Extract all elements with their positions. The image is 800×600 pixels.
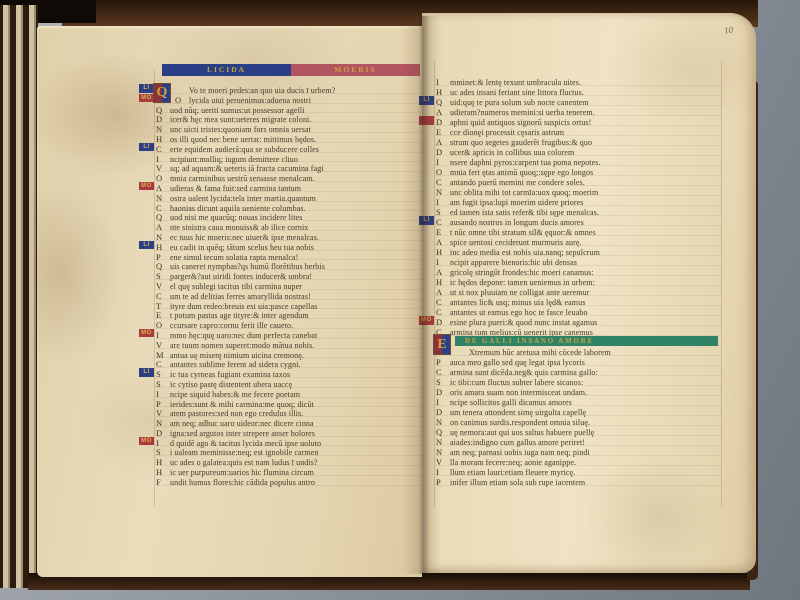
- verse-line: Naiades:indigno cum gallus amore periret…: [436, 436, 722, 446]
- verse-line: LIHeu cadit in quēq; tātum scelus heu tu…: [156, 241, 424, 251]
- verse-line: Illum etiam lauri:etiam fleuere myricę.: [436, 466, 722, 476]
- verse-line: Pene simul tecum solatia rapta menalca!: [156, 251, 424, 261]
- speaker-initial-li: LI: [139, 143, 154, 152]
- verse-line: Nunc oblita mihi tot carmīa:uox quoq; mo…: [436, 186, 722, 196]
- right-page: 10 E Imminet:& lentę texunt umbracula ui…: [422, 13, 756, 573]
- verse-line: Sic cytiso pastę distentent ubera uaccę: [156, 378, 424, 388]
- speaker-initial-mo: MO: [139, 329, 154, 338]
- verse-line: Cantantes lic& usq; minus uia lęd& eamus: [436, 296, 722, 306]
- verse-capital: P: [436, 477, 450, 487]
- verse-line: MOId quidē ago & tacitus lycida mecū ips…: [156, 437, 424, 447]
- verse-line: Ducer& apricis in collibus uua colorem: [436, 146, 722, 156]
- verse-line: Occursare capro:cornu ferit ille caueto.: [156, 319, 424, 329]
- verse-line: Quod nisi me quacūq; nouas incidere lite…: [156, 211, 424, 221]
- verse-line: Audieram?numeros memini:si uerba tenerem…: [436, 106, 722, 116]
- ruling-line: [154, 70, 155, 506]
- verse-line: Quis caneret nymphas?qs humū florētibus …: [156, 260, 424, 270]
- verse-line: Hinc adeo media est nobis uia.nanq; sepu…: [436, 246, 722, 256]
- verse-line: Carmina sunt dicēda.neg& quis carmina ga…: [436, 366, 722, 376]
- verse-line: MOImmo hęc:quę uaro:nec dum perfecta can…: [156, 329, 424, 339]
- speaker-initial-rd: [419, 116, 434, 125]
- verse-line: Sic tibi:cum fluctus subter labere sican…: [436, 376, 722, 386]
- speaker-header-band: LICIDA MOERIS: [162, 64, 420, 76]
- verse-line: Nostra ualent lycida:tela inter martia.q…: [156, 192, 424, 202]
- speaker-initial-li: LI: [139, 84, 154, 93]
- verse-line: Huc ades insani feriant sine littora flu…: [436, 86, 722, 96]
- verse-line: Nunc uicti tristes:quoniam fors omnia ue…: [156, 123, 424, 133]
- folio-number: 10: [724, 25, 734, 36]
- verse-line: Mantua uę miserę nimium uicina cremonę.: [156, 349, 424, 359]
- section-title-row: DE GALLI INSANO AMORE: [436, 336, 722, 346]
- verse-capital: F: [156, 478, 170, 488]
- verse-line: Iam fugit ipsa:lupi moerim uidere priore…: [436, 196, 722, 206]
- speaker-initial-mo: MO: [139, 182, 154, 191]
- verse-line: Si ualeam meminisse:neq; est ignobile ca…: [156, 446, 424, 456]
- verse-text: inifer illum etiam sola sub rupe iacente…: [450, 478, 585, 487]
- verse-line: Insere daphni pyros:carpent tua poma nep…: [436, 156, 722, 166]
- verse-line: Cantando puerū memini me condere soles.: [436, 176, 722, 186]
- verse-text: undit humus flores:hic cādida populus an…: [170, 478, 315, 487]
- verse-line: Pinifer illum etiam sola sub rupe iacent…: [436, 476, 722, 486]
- verse-line: Doris amara suam non intermisceat undam.: [436, 386, 722, 396]
- verse-line: Pierides:sunt & mihi carmina:me quoq; di…: [156, 398, 424, 408]
- verse-line: Carmina tum melius:cū uenerit ipse canem…: [436, 326, 722, 336]
- verse-line: Astrum quo segetes gauderēt frugibus:& q…: [436, 136, 722, 146]
- band-label-moeris: MOERIS: [291, 64, 420, 76]
- speaker-initial-li: LI: [139, 241, 154, 250]
- photo-scene: LICIDA MOERIS Q LIVo te moeri pedes:an q…: [0, 0, 800, 600]
- speaker-initial-mo: MO: [139, 94, 154, 103]
- verse-line: Digna:sed argutos inter strepere anser h…: [156, 427, 424, 437]
- section-title-band: DE GALLI INSANO AMORE: [455, 336, 718, 346]
- verse-line: Cantantes sublime ferent ad sidera cygni…: [156, 358, 424, 368]
- verse-line: Quod nūq; ueriti sumus:ut possessor agel…: [156, 104, 424, 114]
- verse-line: Hos illi quod nec bene uertat: mittimus …: [156, 133, 424, 143]
- verse-line: Incipe siquid habes:& me fecere poetam: [156, 388, 424, 398]
- verse-line: Xtremum hūc aretusa mihi cōcede laborem: [436, 346, 722, 356]
- verse-line: Incipit apparere bienoris:hic ubi densas: [436, 256, 722, 266]
- verse-line: Dum tenera attondent simę uirgulta capel…: [436, 406, 722, 416]
- verse-line: Vsq; ad aquam:& ueteris iā fracta cacumi…: [156, 162, 424, 172]
- verse-line: LICausando nostros in longum ducis amore…: [436, 216, 722, 226]
- band-label-lycidas: LICIDA: [162, 64, 291, 76]
- ruling-line: [434, 61, 435, 507]
- illuminated-initial-e: E: [433, 334, 451, 355]
- verse-line: Nam neq; adhuc uaro uideor:nec dicere ci…: [156, 417, 424, 427]
- verse-line: Nam neq; parnasi uobis iuga nam neq; pin…: [436, 446, 722, 456]
- verse-line: MOAudieras & fama fuit:sed carmina tantu…: [156, 182, 424, 192]
- verse-line: LIVo te moeri pedes:an quo uia ducis ī u…: [156, 84, 424, 94]
- verse-line: Hic hędos depone: tamen ueniemus in urbe…: [436, 276, 722, 286]
- verse-line: Non canimus surdis.respondent omnia silu…: [436, 416, 722, 426]
- verse-line: Cum te ad delitias ferres amaryllida nos…: [156, 290, 424, 300]
- speaker-initial-mo: MO: [139, 437, 154, 446]
- verse-line: Sparger&?aut uiridi fontes inducer& umbr…: [156, 270, 424, 280]
- verse-line: Aut si nox pluuiam ne colligat ante uere…: [436, 286, 722, 296]
- verse-line: Ecce dionęi processit cęsaris astrum: [436, 126, 722, 136]
- verse-line: Ante sinistra caua monuiss& ab ilice cor…: [156, 221, 424, 231]
- left-page: LICIDA MOERIS Q LIVo te moeri pedes:an q…: [37, 26, 422, 577]
- verse-line: Fundit humus flores:hic cādida populus a…: [156, 476, 424, 486]
- speaker-initial-li: LI: [419, 216, 434, 225]
- speaker-initial-mo: MO: [419, 316, 434, 325]
- verse-line: Pauca meo gallo sed quę legat ipsa lycor…: [436, 356, 722, 366]
- verse-line: Dicer& hęc mea sunt:ueteres migrate colo…: [156, 113, 424, 123]
- verse-line: Incipe sollicitos galli dicamus amores: [436, 396, 722, 406]
- verse-line: LISic tua cyrneas fugiant examina taxos: [156, 368, 424, 378]
- verse-line: Nec tuus hic moeris:nec uiuer& ipse mena…: [156, 231, 424, 241]
- verse-line: Et nūc omne tibi stratum sil& ęquor:& om…: [436, 226, 722, 236]
- verse-line: Sed tamen ista satis refer& tibi sępe me…: [436, 206, 722, 216]
- verse-line: LICerte equidem audierā:qua se subducere…: [156, 143, 424, 153]
- speaker-initial-li: LI: [139, 368, 154, 377]
- verse-line: Quę nemora:aut qui uos saltus habuere pu…: [436, 426, 722, 436]
- verse-line: Hic uer purpureum:uarios hic flumina cir…: [156, 466, 424, 476]
- illuminated-initial-q: Q: [153, 83, 171, 103]
- verse-line: Omnia fert ętas animū quoq;:sępe ego lon…: [436, 166, 722, 176]
- verse-line: LIQuid:quę te pura solum sub nocte canen…: [436, 96, 722, 106]
- verse-line: Omnia carminibus uestrū seruasse menalca…: [156, 172, 424, 182]
- verse-line: Vel quę sublegi tacitus tibi carmina nup…: [156, 280, 424, 290]
- verse-line: Chaonias dicunt aquila ueniente columbas…: [156, 202, 424, 212]
- verse-line: Aspice uentosi ceciderunt murmuris aurę.: [436, 236, 722, 246]
- speaker-initial-li: LI: [419, 96, 434, 105]
- verse-line: Incipiunt:molliq; iugum demittere cliuo: [156, 153, 424, 163]
- verse-line: Daphni quid antiquos signorū suspicis or…: [436, 116, 722, 126]
- left-text-column: Q LIVo te moeri pedes:an quo uia ducis ī…: [156, 84, 424, 486]
- verse-line: Vatem pastores:sed non ego credulus illi…: [156, 407, 424, 417]
- verse-line: Vare tuum nomen superet:modo mātua nobis…: [156, 339, 424, 349]
- verse-line: Vlla moram fecere:neq; aonie aganippe.: [436, 456, 722, 466]
- verse-line: Imminet:& lentę texunt umbracula uites.: [436, 76, 722, 86]
- verse-line: Agricolę stringūt frondes:hic moeri cana…: [436, 266, 722, 276]
- verse-line: Cantantes ut eamus ego hoc te fasce leua…: [436, 306, 722, 316]
- verse-line: MODesine plura pueri:& quod nunc instat …: [436, 316, 722, 326]
- verse-line: Tityre dum redeo:breuis est uia:pasce ca…: [156, 300, 424, 310]
- verse-line: MOOlycida uiui peruenimus:aduena nostri: [156, 94, 424, 104]
- verse-line: Et potum pastas age tityre:& inter agend…: [156, 309, 424, 319]
- book-spine-binding: [0, 5, 38, 588]
- right-text-column: E Imminet:& lentę texunt umbracula uites…: [436, 76, 722, 486]
- verse-line: Huc ades o galatea:quis est nam ludus ī …: [156, 456, 424, 466]
